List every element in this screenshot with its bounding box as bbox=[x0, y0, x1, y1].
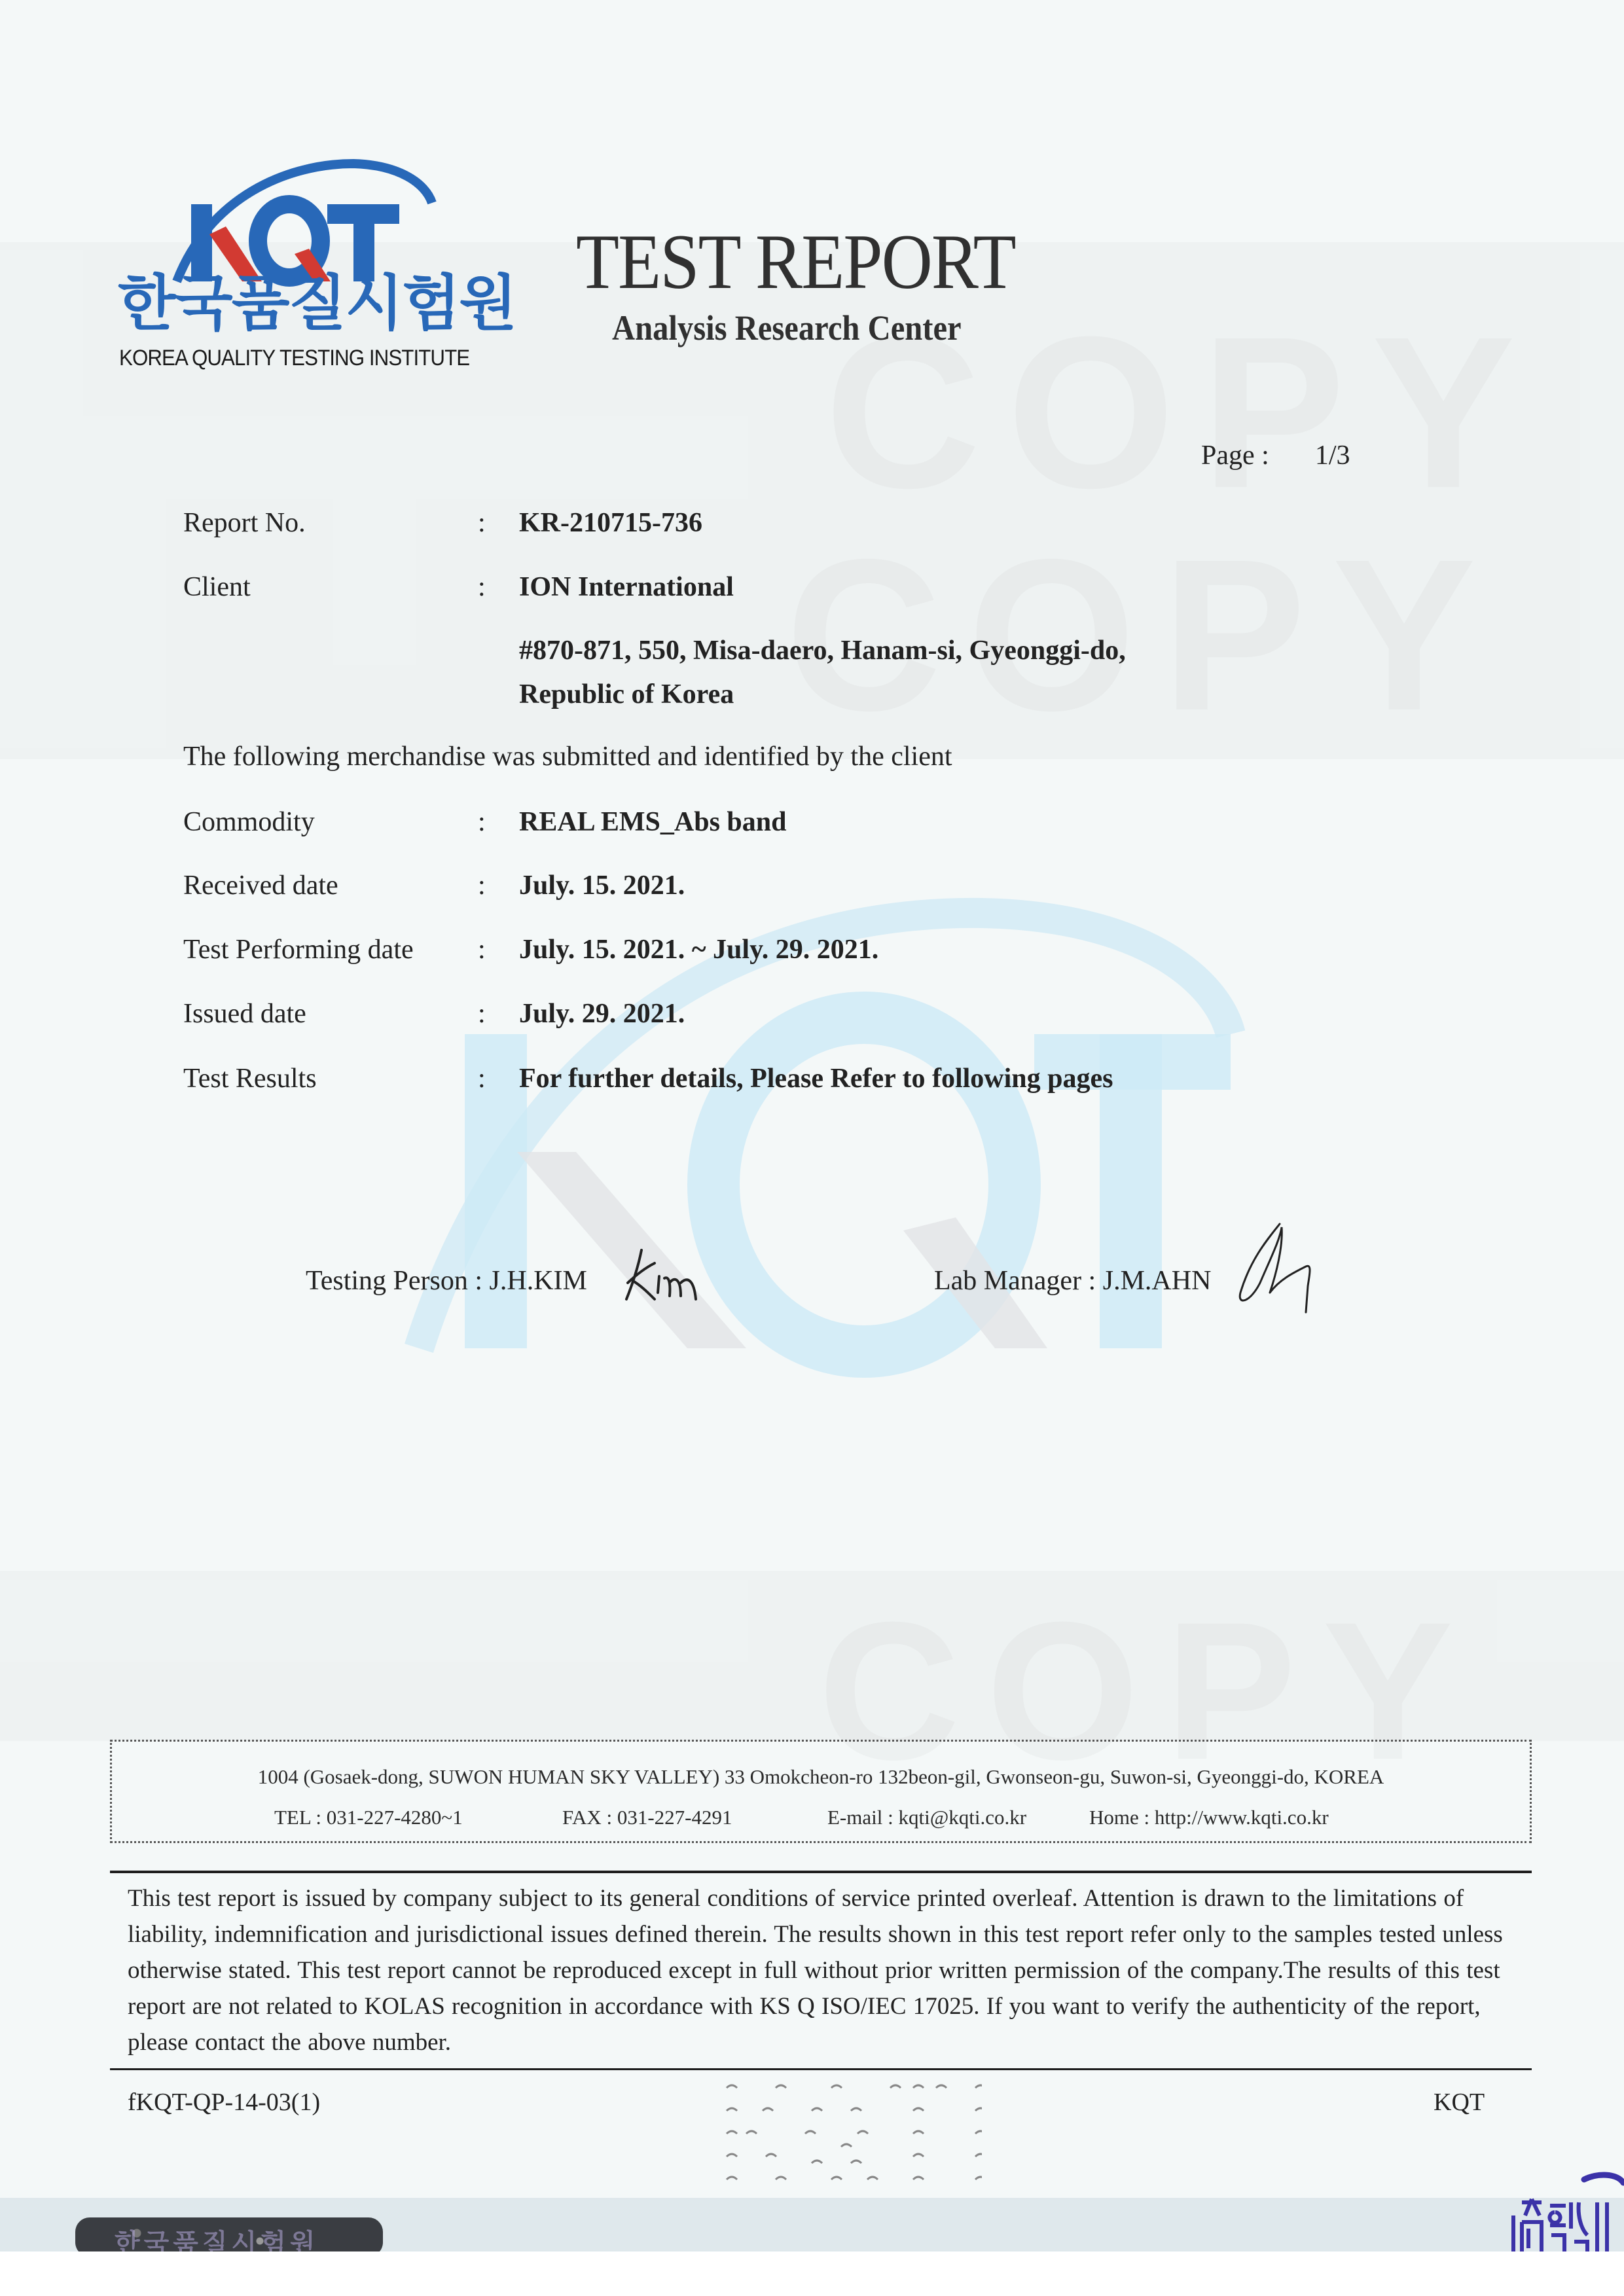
report-no-value: KR-210715-736 bbox=[519, 509, 702, 537]
page-indicator: Page :1/3 bbox=[1201, 440, 1350, 471]
colon: : bbox=[478, 509, 486, 537]
testing-person-signature bbox=[619, 1247, 717, 1306]
divider-bottom bbox=[110, 2068, 1532, 2070]
contact-fax: FAX : 031-227-4291 bbox=[562, 1806, 827, 1829]
contact-row: TEL : 031-227-4280~1FAX : 031-227-4291E-… bbox=[274, 1806, 1329, 1829]
contact-email[interactable]: E-mail : kqti@kqti.co.kr bbox=[827, 1806, 1089, 1829]
testing-person: Testing Person : J.H.KIM bbox=[306, 1267, 587, 1295]
intro-text: The following merchandise was submitted … bbox=[183, 743, 952, 770]
test-results-label: Test Results bbox=[183, 1065, 317, 1092]
lab-manager: Lab Manager : J.M.AHN bbox=[934, 1267, 1211, 1295]
test-performing-date-label: Test Performing date bbox=[183, 936, 414, 963]
colon: : bbox=[478, 808, 486, 836]
received-date-value: July. 15. 2021. bbox=[519, 872, 685, 899]
commodity-label: Commodity bbox=[183, 808, 315, 836]
client-name: ION International bbox=[519, 573, 734, 601]
perforation-kqt-icon bbox=[720, 2078, 982, 2183]
colon: : bbox=[478, 573, 486, 601]
document-page: COPY COPY COPY 한국품질시험원 KOREA QUALITY TES… bbox=[0, 0, 1624, 2251]
test-performing-date-value: July. 15. 2021. ~ July. 29. 2021. bbox=[519, 936, 878, 963]
commodity-value: REAL EMS_Abs band bbox=[519, 808, 787, 836]
test-results-value: For further details, Please Refer to fol… bbox=[519, 1065, 1113, 1092]
logo-korean-name: 한국품질시험원 bbox=[118, 274, 516, 334]
colon: : bbox=[478, 872, 486, 899]
hologram-sticker: 한국품질시험원 bbox=[75, 2217, 383, 2257]
page-value: 1/3 bbox=[1315, 440, 1350, 471]
contact-homepage[interactable]: Home : http://www.kqti.co.kr bbox=[1089, 1806, 1329, 1829]
client-label: Client bbox=[183, 573, 251, 601]
issued-date-value: July. 29. 2021. bbox=[519, 1000, 685, 1028]
page-margin bbox=[0, 2251, 1624, 2296]
contact-info-box: 1004 (Gosaek-dong, SUWON HUMAN SKY VALLE… bbox=[110, 1740, 1532, 1843]
contact-tel: TEL : 031-227-4280~1 bbox=[274, 1806, 562, 1829]
report-title: TEST REPORT bbox=[576, 223, 1015, 301]
official-seal-icon bbox=[1506, 2150, 1624, 2255]
client-address-line1: #870-871, 550, Misa-daero, Hanam-si, Gye… bbox=[519, 637, 1126, 664]
logo-english-name: KOREA QUALITY TESTING INSTITUTE bbox=[119, 346, 469, 371]
divider-top bbox=[110, 1871, 1532, 1873]
client-address-line2: Republic of Korea bbox=[519, 681, 734, 708]
footer-brand: KQT bbox=[1434, 2088, 1485, 2117]
received-date-label: Received date bbox=[183, 872, 338, 899]
report-no-label: Report No. bbox=[183, 509, 306, 537]
colon: : bbox=[478, 936, 486, 963]
contact-address: 1004 (Gosaek-dong, SUWON HUMAN SKY VALLE… bbox=[112, 1765, 1530, 1789]
page-label: Page : bbox=[1201, 440, 1269, 471]
colon: : bbox=[478, 1000, 486, 1028]
disclaimer-text: This test report is issued by company su… bbox=[128, 1880, 1535, 2060]
form-code: fKQT-QP-14-03(1) bbox=[128, 2088, 320, 2117]
colon: : bbox=[478, 1065, 486, 1092]
lab-manager-signature bbox=[1231, 1221, 1322, 1319]
report-subtitle: Analysis Research Center bbox=[612, 310, 962, 346]
issued-date-label: Issued date bbox=[183, 1000, 306, 1028]
